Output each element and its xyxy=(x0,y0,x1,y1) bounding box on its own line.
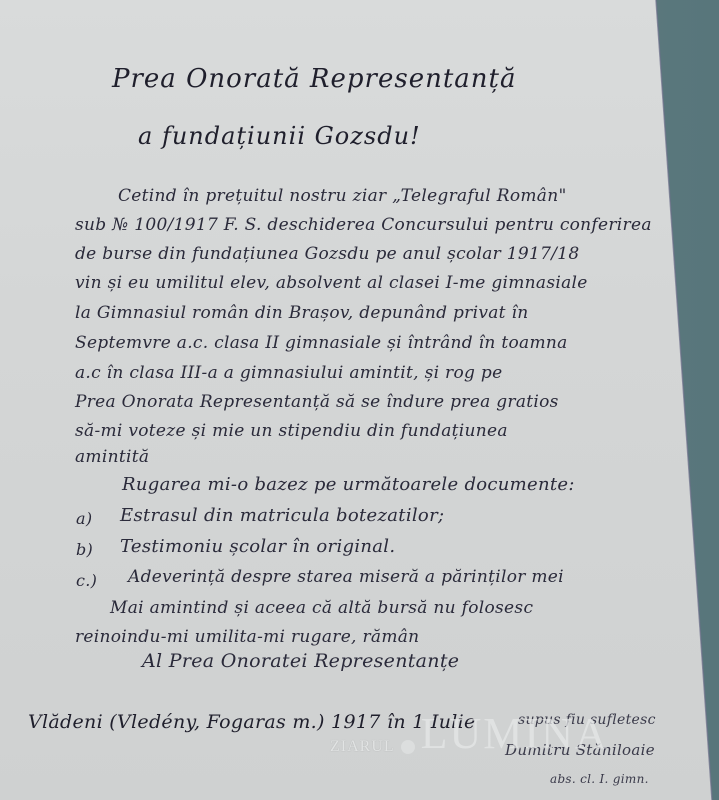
watermark-emblem-icon xyxy=(401,740,415,754)
list-item-text: Adeverință despre starea miseră a părinț… xyxy=(128,567,564,587)
body-line: amintită xyxy=(75,447,149,467)
body-line: Prea Onorata Representanță să se îndure … xyxy=(75,392,559,412)
body-line: de burse din fundațiunea Gozsdu pe anul … xyxy=(75,244,580,264)
body-line: vin și eu umilitul elev, absolvent al cl… xyxy=(75,273,588,293)
watermark-label-big: LUMINA xyxy=(421,712,609,756)
list-marker: c.) xyxy=(76,571,97,590)
salutation-line-1: Prea Onorată Representanță xyxy=(112,64,516,94)
body-line: să-mi voteze și mie un stipendiu din fun… xyxy=(75,421,508,441)
signature-title: abs. cl. I. gimn. xyxy=(550,772,649,786)
list-marker: b) xyxy=(76,540,93,559)
salutation-line-2: a fundațiunii Gozsdu! xyxy=(138,122,421,150)
closing-line: Mai amintind și aceea că altă bursă nu f… xyxy=(110,598,533,618)
body-line: sub № 100/1917 F. S. deschiderea Concurs… xyxy=(75,215,652,235)
list-item-text: Estrasul din matricula botezatilor; xyxy=(120,505,444,526)
closing-address: Al Prea Onoratei Representanțe xyxy=(142,650,459,672)
body-line: a.c în clasa III-a a gimnasiului amintit… xyxy=(75,363,502,383)
list-item-text: Testimoniu școlar în original. xyxy=(120,536,395,557)
body-line: Cetind în prețuitul nostru ziar „Telegra… xyxy=(118,186,567,206)
body-line: la Gimnasiul român din Brașov, depunând … xyxy=(75,303,529,323)
body-line: Septemvre a.c. clasa II gimnasiale și în… xyxy=(75,333,568,353)
list-marker: a) xyxy=(76,509,92,528)
documents-intro: Rugarea mi-o bazez pe următoarele docume… xyxy=(122,474,575,495)
watermark-label-small: ZIARUL xyxy=(330,738,395,756)
newspaper-watermark: ZIARUL LUMINA xyxy=(330,712,609,756)
closing-line: reinoindu-mi umilita-mi rugare, rămân xyxy=(75,627,419,647)
